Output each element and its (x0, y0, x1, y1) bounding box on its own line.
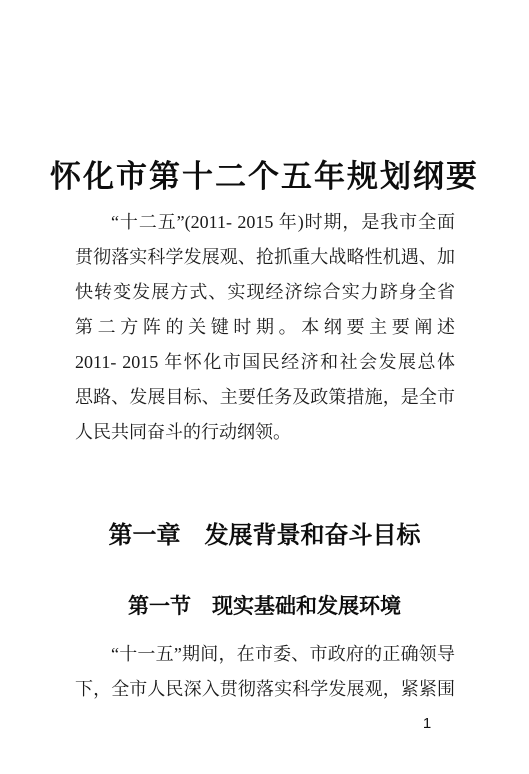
text-line: 快转变发展方式、实现经济综合实力跻身全省 (75, 275, 455, 310)
text-line: 2011- 2015 年怀化市国民经济和社会发展总体 (75, 345, 455, 380)
body-paragraph: “十一五”期间，在市委、市政府的正确领导下，全市人民深入贯彻落实科学发展观，紧紧… (75, 637, 455, 707)
document-title: 怀化市第十二个五年规划纲要 (0, 158, 529, 196)
page-number: 1 (417, 714, 437, 734)
section-heading: 第一节 现实基础和发展环境 (0, 591, 529, 621)
text-line: “十二五”(2011- 2015 年)时期，是我市全面 (75, 205, 455, 240)
text-line: 下，全市人民深入贯彻落实科学发展观，紧紧围 (75, 672, 455, 707)
chapter-heading: 第一章 发展背景和奋斗目标 (0, 519, 529, 553)
text-line: 贯彻落实科学发展观、抢抓重大战略性机遇、加 (75, 240, 455, 275)
text-line: “十一五”期间，在市委、市政府的正确领导 (75, 637, 455, 672)
text-line: 人民共同奋斗的行动纲领。 (75, 415, 455, 450)
document-page: 怀化市第十二个五年规划纲要 “十二五”(2011- 2015 年)时期，是我市全… (0, 0, 529, 774)
text-line: 第二方阵的关键时期。本纲要主要阐述 (75, 310, 455, 345)
text-line: 思路、发展目标、主要任务及政策措施，是全市 (75, 380, 455, 415)
intro-paragraph: “十二五”(2011- 2015 年)时期，是我市全面贯彻落实科学发展观、抢抓重… (75, 205, 455, 450)
